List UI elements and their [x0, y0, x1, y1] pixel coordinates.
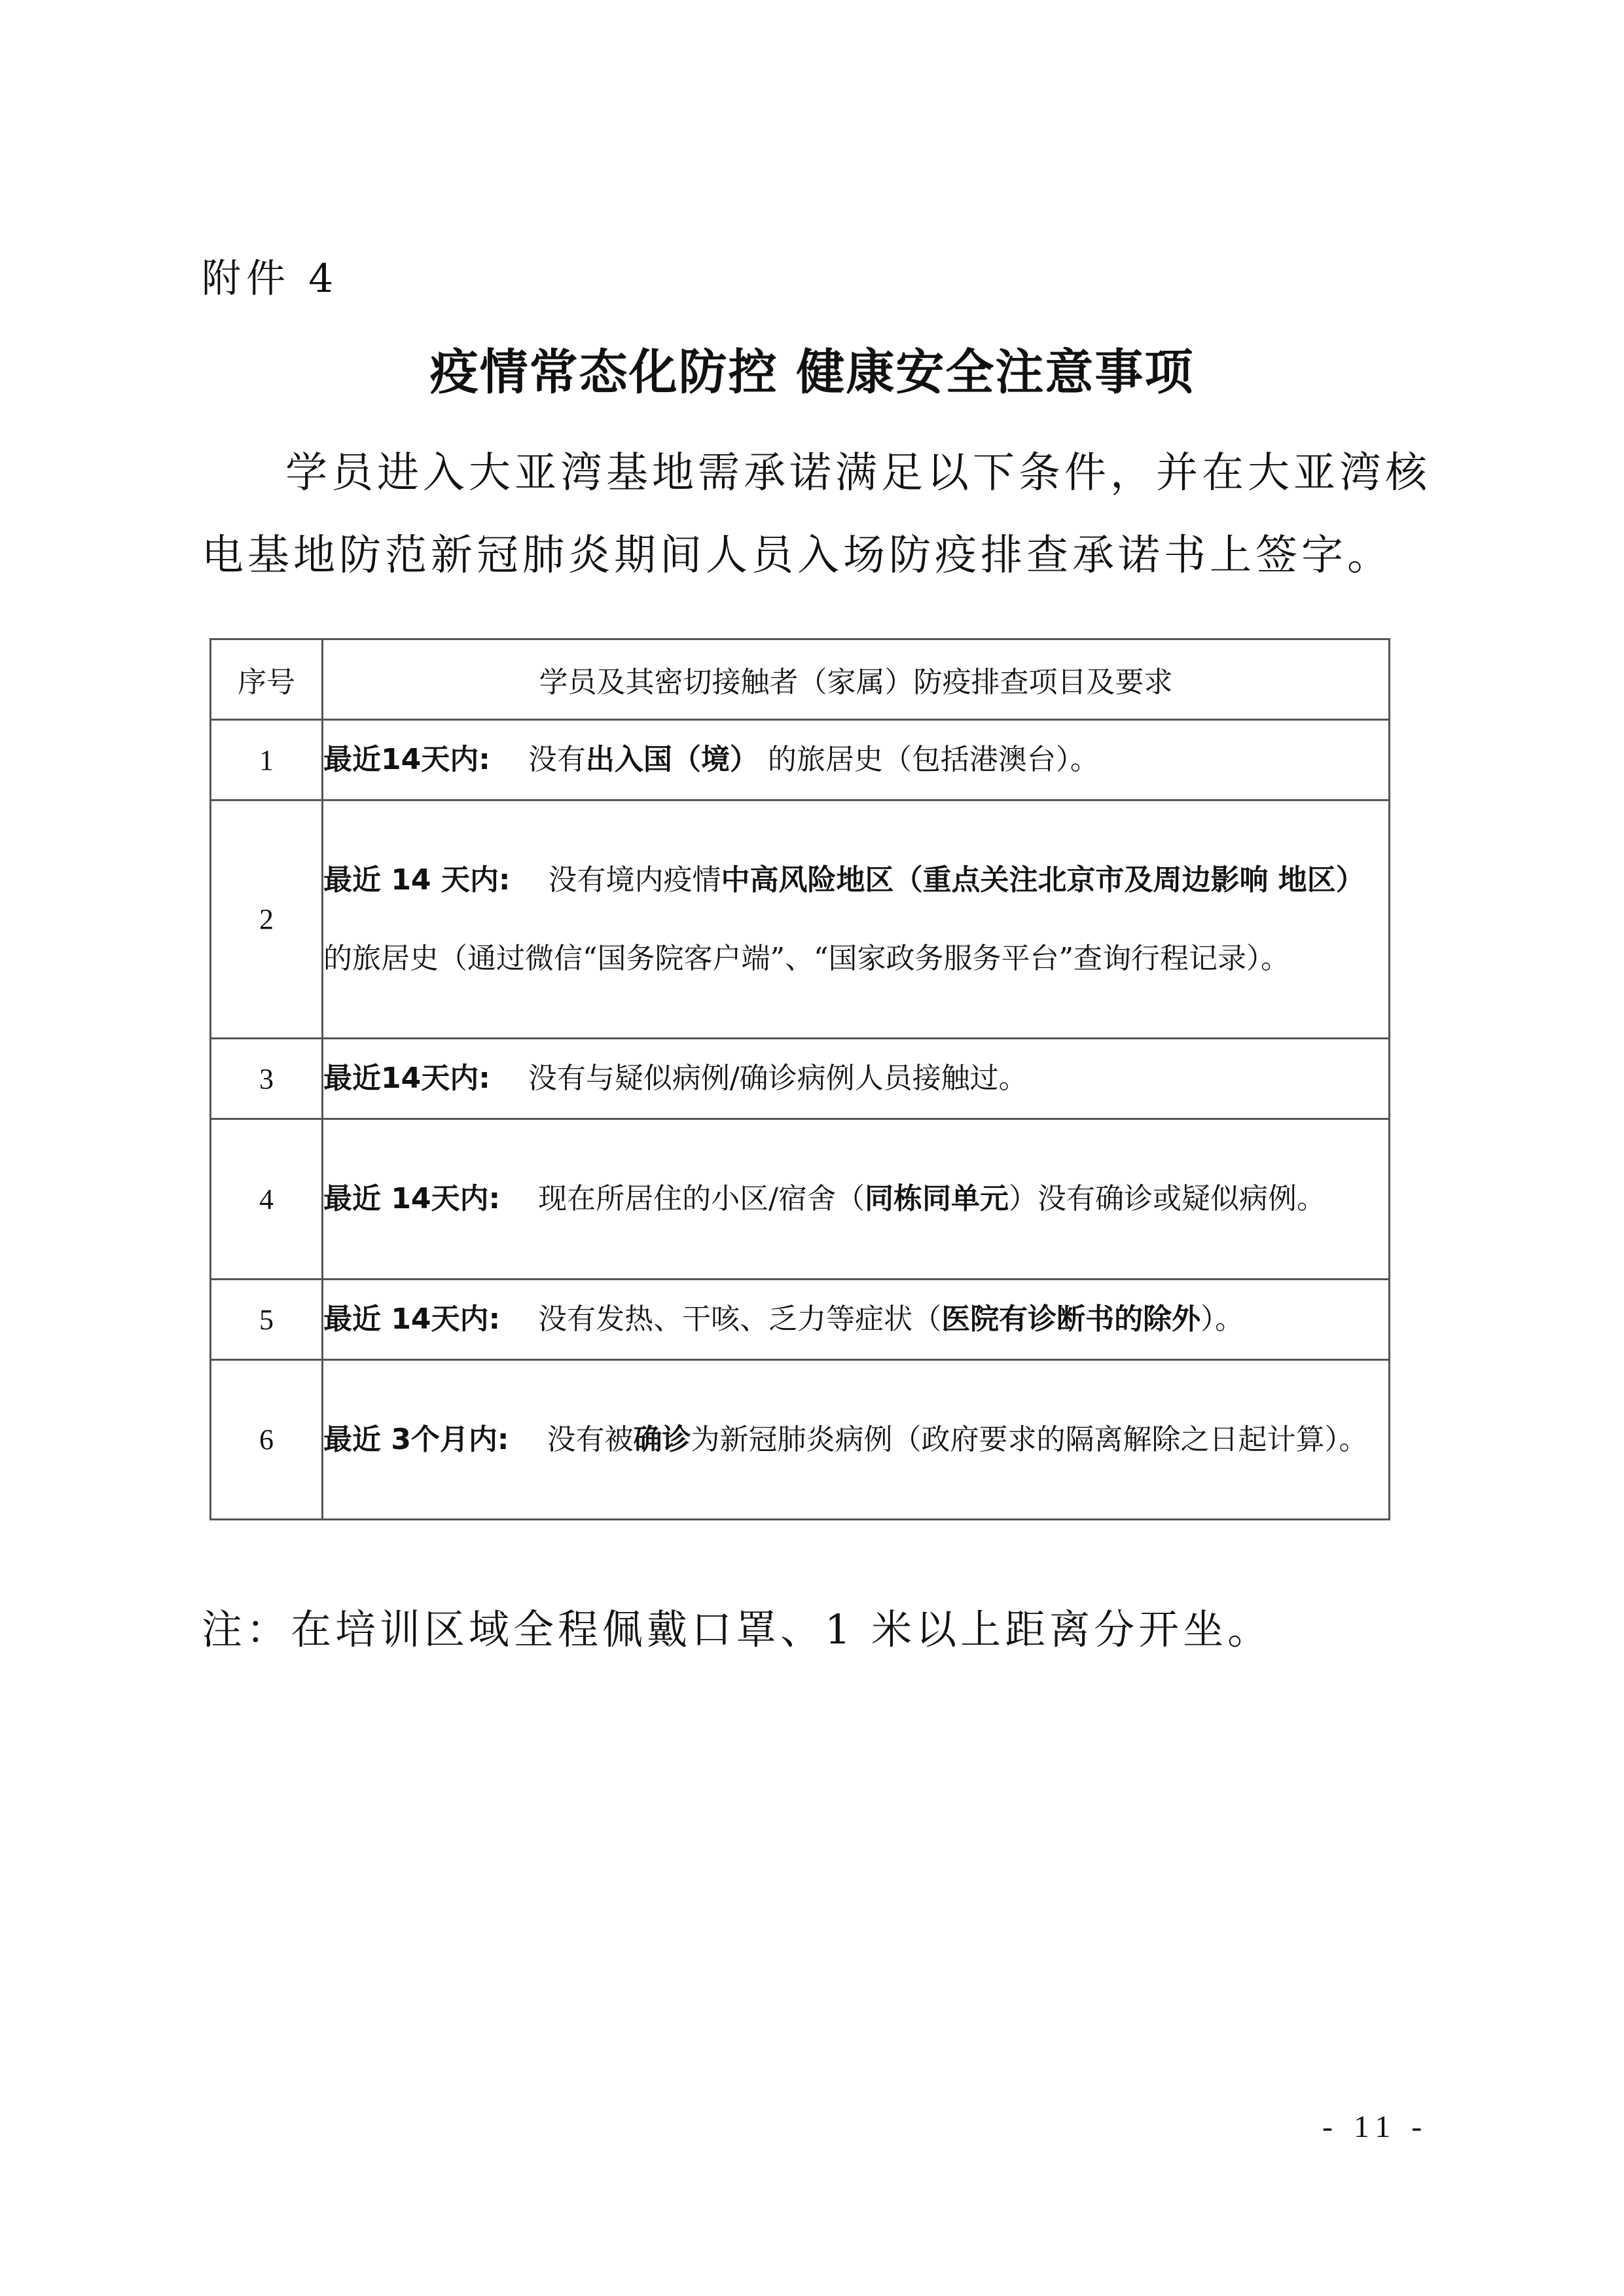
attachment-label: 附件 4	[202, 247, 338, 304]
body-text: 的旅居史（通过微信“国务院客户端”、“国家政务服务平台”查询行程记录）。	[323, 942, 1290, 975]
page-number: - 11 -	[1322, 2109, 1428, 2145]
body-text: 没有	[528, 743, 586, 776]
body-text: 的旅居史（包括港澳台）。	[759, 743, 1099, 776]
requirement-text: 最近 3个月内:没有被确诊为新冠肺炎病例（政府要求的隔离解除之日起计算）。	[323, 1360, 1390, 1520]
time-period-label: 最近 3个月内:	[323, 1423, 509, 1456]
intro-text: 学员进入大亚湾基地需承诺满足以下条件，并在大亚湾核电基地防范新冠肺炎期间人员入场…	[202, 449, 1431, 580]
time-period-label: 最近14天内:	[323, 1062, 490, 1095]
row-number: 2	[211, 800, 323, 1039]
time-period-label: 最近 14 天内:	[323, 863, 510, 897]
body-text: ）。	[1200, 1302, 1244, 1336]
emphasis-text: 中高风险地区（重点关注北京市及周边影响 地区）	[721, 863, 1364, 897]
requirement-text: 最近 14天内:现在所居住的小区/宿舍（同栋同单元）没有确诊或疑似病例。	[323, 1119, 1390, 1280]
intro-paragraph: 学员进入大亚湾基地需承诺满足以下条件，并在大亚湾核电基地防范新冠肺炎期间人员入场…	[202, 432, 1432, 597]
time-period-label: 最近14天内:	[323, 743, 490, 776]
requirement-text: 最近14天内:没有出入国（境） 的旅居史（包括港澳台）。	[323, 720, 1390, 800]
emphasis-text: 确诊	[634, 1423, 691, 1456]
emphasis-text: 出入国（境）	[586, 743, 759, 776]
body-text: 没有与疑似病例/确诊病例人员接触过。	[528, 1062, 1028, 1095]
table-row: 2最近 14 天内:没有境内疫情中高风险地区（重点关注北京市及周边影响 地区） …	[211, 800, 1390, 1039]
table-row: 4最近 14天内:现在所居住的小区/宿舍（同栋同单元）没有确诊或疑似病例。	[211, 1119, 1390, 1280]
row-number: 3	[211, 1039, 323, 1119]
body-text: 没有发热、干咳、乏力等症状（	[538, 1302, 941, 1336]
body-text: 没有境内疫情	[548, 863, 721, 897]
time-period-label: 最近 14天内:	[323, 1182, 500, 1215]
page-title: 疫情常态化防控 健康安全注意事项	[0, 334, 1624, 403]
body-text: 现在所居住的小区/宿舍（	[538, 1182, 865, 1215]
row-number: 5	[211, 1280, 323, 1360]
table-row: 5最近 14天内:没有发热、干咳、乏力等症状（医院有诊断书的除外）。	[211, 1280, 1390, 1360]
header-requirements: 学员及其密切接触者（家属）防疫排查项目及要求	[323, 639, 1390, 720]
row-number: 6	[211, 1360, 323, 1520]
body-text: ）没有确诊或疑似病例。	[1009, 1182, 1326, 1215]
requirement-text: 最近 14 天内:没有境内疫情中高风险地区（重点关注北京市及周边影响 地区） 的…	[323, 800, 1390, 1039]
emphasis-text: 同栋同单元	[865, 1182, 1009, 1215]
table-header-row: 序号 学员及其密切接触者（家属）防疫排查项目及要求	[211, 639, 1390, 720]
body-text: 为新冠肺炎病例（政府要求的隔离解除之日起计算）。	[691, 1423, 1368, 1456]
table-row: 6最近 3个月内:没有被确诊为新冠肺炎病例（政府要求的隔离解除之日起计算）。	[211, 1360, 1390, 1520]
header-serial-number: 序号	[211, 639, 323, 720]
requirements-table: 序号 学员及其密切接触者（家属）防疫排查项目及要求 1最近14天内:没有出入国（…	[209, 638, 1390, 1520]
table-row: 3最近14天内:没有与疑似病例/确诊病例人员接触过。	[211, 1039, 1390, 1119]
time-period-label: 最近 14天内:	[323, 1302, 500, 1336]
note-text: 注：在培训区域全程佩戴口罩、1 米以上距离分开坐。	[202, 1597, 1272, 1655]
body-text: 没有被	[547, 1423, 634, 1456]
row-number: 4	[211, 1119, 323, 1280]
table-row: 1最近14天内:没有出入国（境） 的旅居史（包括港澳台）。	[211, 720, 1390, 800]
emphasis-text: 医院有诊断书的除外	[941, 1302, 1200, 1336]
requirement-text: 最近14天内:没有与疑似病例/确诊病例人员接触过。	[323, 1039, 1390, 1119]
row-number: 1	[211, 720, 323, 800]
requirement-text: 最近 14天内:没有发热、干咳、乏力等症状（医院有诊断书的除外）。	[323, 1280, 1390, 1360]
